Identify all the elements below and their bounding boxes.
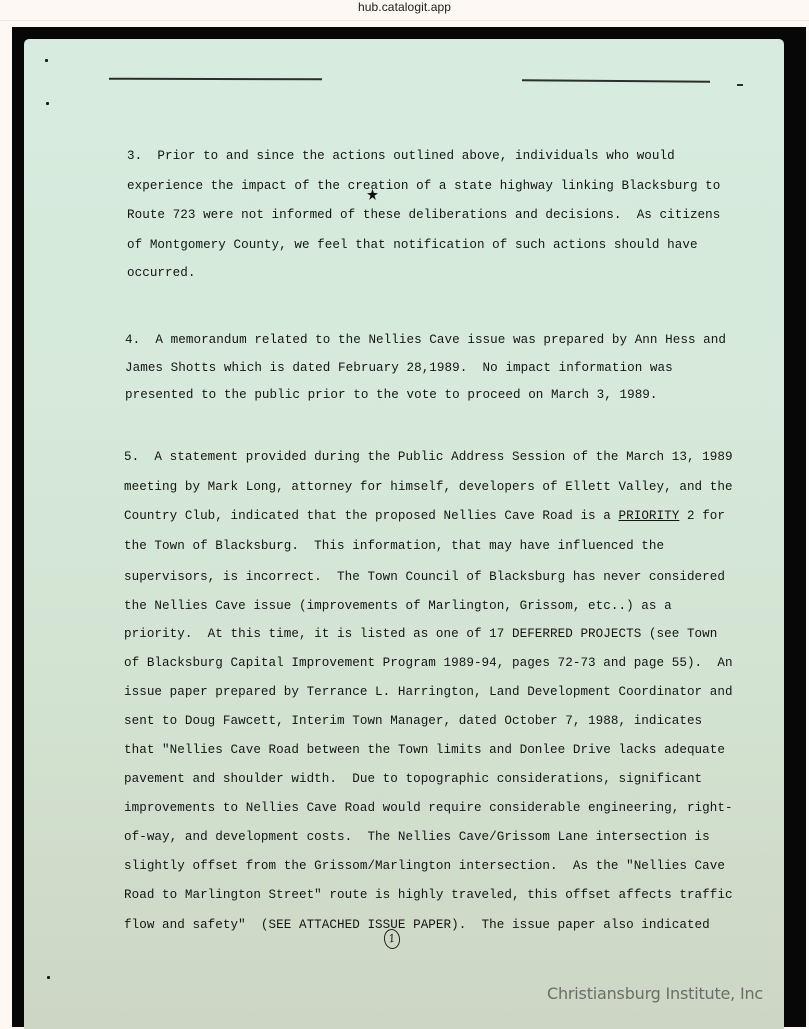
url-label: hub.catalogit.app [358,0,451,14]
text-line: of Blacksburg Capital Improvement Progra… [124,656,733,670]
browser-address-bar: hub.catalogit.app [0,0,809,21]
text-segment: 2 for [679,509,725,523]
margin-speck [47,976,50,979]
text-line: supervisors, is incorrect. The Town Coun… [124,570,725,584]
text-line: Route 723 were not informed of these del… [127,208,720,222]
text-line: of-way, and development costs. The Nelli… [124,830,710,844]
text-line: issue paper prepared by Terrance L. Harr… [124,685,733,699]
text-line: pavement and shoulder width. Due to topo… [124,772,702,786]
text-segment: Country Club, indicated that the propose… [124,509,619,523]
text-line: of Montgomery County, we feel that notif… [127,238,698,252]
text-line: Road to Marlington Street" route is high… [124,888,733,902]
text-line: slightly offset from the Grissom/Marling… [124,859,725,873]
text-line: 4. A memorandum related to the Nellies C… [125,333,726,347]
text-line: meeting by Mark Long, attorney for himse… [124,480,733,494]
header-rule-right [522,79,710,82]
text-line: James Shotts which is dated February 28,… [125,361,673,375]
underlined-priority: PRIORITY [619,509,680,523]
text-line-with-underline: Country Club, indicated that the propose… [124,509,725,523]
text-line: the Town of Blacksburg. This information… [124,539,664,553]
header-rule-left [109,78,322,81]
text-line: the Nellies Cave issue (improvements of … [124,599,672,613]
text-line: improvements to Nellies Cave Road would … [124,801,733,815]
text-line: experience the impact of the creation of… [127,179,720,193]
text-line: priority. At this time, it is listed as … [124,627,717,641]
text-line: that "Nellies Cave Road between the Town… [124,743,725,757]
text-line: flow and safety" (SEE ATTACHED ISSUE PAP… [124,918,710,932]
text-line: 3. Prior to and since the actions outlin… [127,149,675,163]
margin-speck [46,102,49,105]
text-line: sent to Doug Fawcett, Interim Town Manag… [124,714,702,728]
header-rule-tick [737,84,743,86]
text-line: occurred. [127,266,195,280]
text-line: presented to the public prior to the vot… [125,388,658,402]
text-line: 5. A statement provided during the Publi… [124,450,733,464]
watermark-label: Christiansburg Institute, Inc [547,984,763,1003]
document-page: 3. Prior to and since the actions outlin… [24,39,784,1023]
margin-speck [45,59,48,62]
